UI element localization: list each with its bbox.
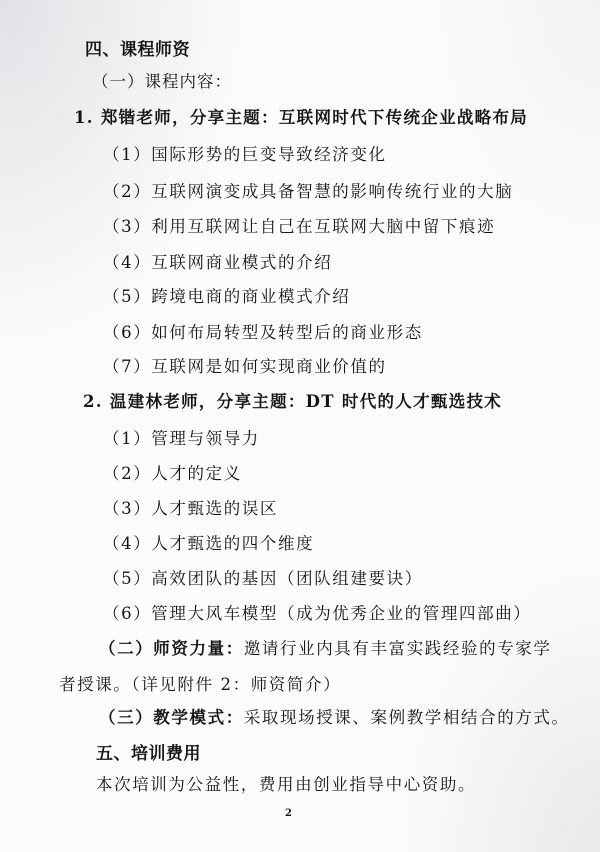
teacher-2-heading: 2. 温建林老师，分享主题：DT 时代的人才甄选技术 [83,392,502,412]
teacher-2-item-4: （4）人才甄选的四个维度 [103,534,314,554]
document-page: 四、课程师资 （一）课程内容： 1. 郑锴老师，分享主题：互联网时代下传统企业战… [0,0,600,852]
subsection-2-text-line-2: 者授课。（详见附件 2：师资简介） [59,675,341,695]
subsection-2-text: 邀请行业内具有丰富实践经验的专家学 [244,639,552,658]
subsection-1-title: （一）课程内容： [92,72,232,92]
teacher-2-item-1: （1）管理与领导力 [103,429,260,449]
teacher-1-item-1: （1）国际形势的巨变导致经济变化 [103,145,387,165]
teacher-1-item-2: （2）互联网演变成具备智慧的影响传统行业的大脑 [103,182,513,202]
teacher-2-item-2: （2）人才的定义 [103,464,242,484]
subsection-2-label: （二）师资力量： [99,639,244,658]
subsection-3-text: 采取现场授课、案例教学相结合的方式。 [244,708,570,727]
teacher-1-heading: 1. 郑锴老师，分享主题：互联网时代下传统企业战略布局 [74,108,528,128]
teacher-2-item-3: （3）人才甄选的误区 [103,499,278,519]
subsection-3-label: （三）教学模式： [99,708,244,727]
teacher-1-item-6: （6）如何布局转型及转型后的商业形态 [103,323,423,343]
section-5-text: 本次培训为公益性，费用由创业指导中心资助。 [96,775,476,795]
teacher-1-item-7: （7）互联网是如何实现商业价值的 [103,357,387,377]
page-number: 2 [285,808,292,819]
section-5-title: 五、培训费用 [96,744,201,764]
teacher-1-item-3: （3）利用互联网让自己在互联网大脑中留下痕迹 [103,217,495,237]
teacher-2-item-6: （6）管理大风车模型（成为优秀企业的管理四部曲） [103,604,531,624]
teacher-1-item-5: （5）跨境电商的商业模式介绍 [103,287,350,307]
teacher-1-item-4: （4）互联网商业模式的介绍 [103,253,332,273]
subsection-2-paragraph: （二）师资力量：邀请行业内具有丰富实践经验的专家学 [99,639,552,659]
section-4-title: 四、课程师资 [85,40,190,60]
subsection-3-paragraph: （三）教学模式：采取现场授课、案例教学相结合的方式。 [99,708,570,728]
teacher-2-item-5: （5）高效团队的基因（团队组建要诀） [103,569,423,589]
